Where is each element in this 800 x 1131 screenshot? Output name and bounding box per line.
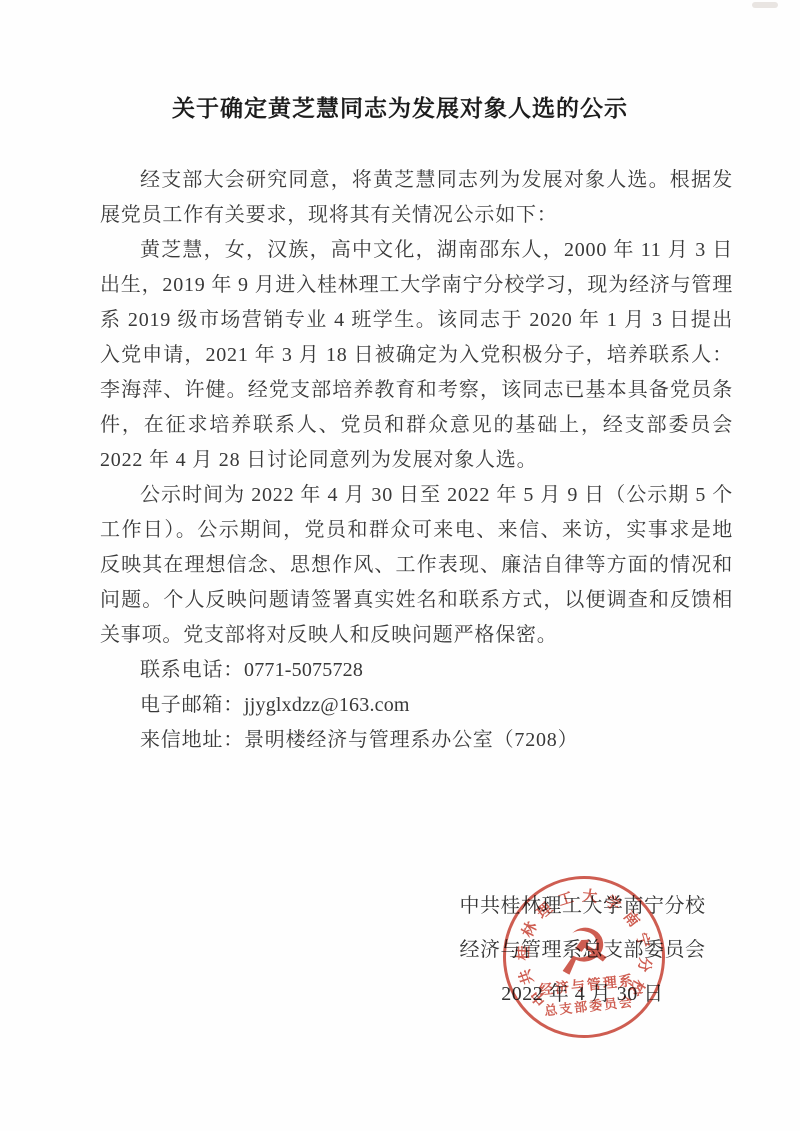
page-title: 关于确定黄芝慧同志为发展对象人选的公示 bbox=[0, 90, 800, 123]
signature-date: 2022 年 4 月 30 日 bbox=[445, 972, 720, 1016]
contact-email-line: 电子邮箱：jjyglxdzz@163.com bbox=[100, 688, 733, 723]
contact-address-line: 来信地址：景明楼经济与管理系办公室（7208） bbox=[100, 723, 733, 758]
signature-org-line1: 中共桂林理工大学南宁分校 bbox=[445, 884, 720, 928]
phone-value: 0771-5075728 bbox=[244, 659, 363, 681]
phone-label: 联系电话： bbox=[140, 659, 244, 681]
address-value: 景明楼经济与管理系办公室（7208） bbox=[244, 729, 578, 751]
signature-block: 中共桂林理工大学南宁分校 经济与管理系总支部委员会 2022 年 4 月 30 … bbox=[445, 884, 720, 1016]
email-value: jjyglxdzz@163.com bbox=[244, 694, 410, 716]
signature-org-line2: 经济与管理系总支部委员会 bbox=[445, 928, 720, 972]
document-page: 关于确定黄芝慧同志为发展对象人选的公示 经支部大会研究同意，将黄芝慧同志列为发展… bbox=[0, 0, 800, 1131]
document-body: 经支部大会研究同意，将黄芝慧同志列为发展对象人选。根据发展党员工作有关要求，现将… bbox=[100, 163, 733, 758]
contact-phone-line: 联系电话：0771-5075728 bbox=[100, 653, 733, 688]
email-label: 电子邮箱： bbox=[140, 694, 244, 716]
scan-artifact bbox=[752, 2, 778, 8]
paragraph-publicity-period: 公示时间为 2022 年 4 月 30 日至 2022 年 5 月 9 日（公示… bbox=[100, 478, 733, 653]
paragraph-candidate-info: 黄芝慧，女，汉族，高中文化，湖南邵东人，2000 年 11 月 3 日出生，20… bbox=[100, 233, 733, 478]
address-label: 来信地址： bbox=[140, 729, 244, 751]
paragraph-intro: 经支部大会研究同意，将黄芝慧同志列为发展对象人选。根据发展党员工作有关要求，现将… bbox=[100, 163, 733, 233]
